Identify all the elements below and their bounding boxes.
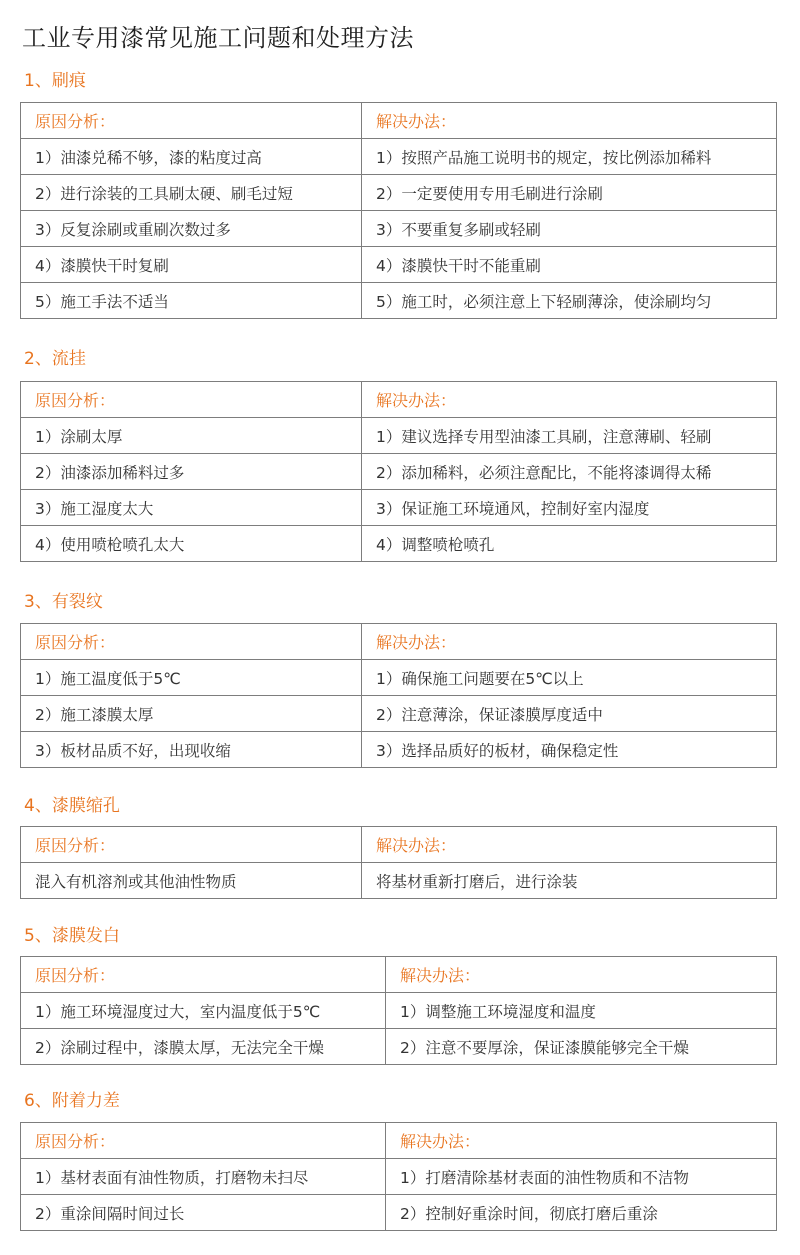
cause-cell: 2）油漆添加稀料过多	[21, 454, 362, 490]
solution-cell: 5）施工时，必须注意上下轻刷薄涂，使涂刷均匀	[362, 283, 777, 319]
table-row: 2）重涂间隔时间过长 2）控制好重涂时间，彻底打磨后重涂	[21, 1195, 777, 1231]
solution-cell: 3）保证施工环境通风，控制好室内湿度	[362, 490, 777, 526]
solution-cell: 3）选择品质好的板材，确保稳定性	[362, 732, 777, 768]
table-header-row: 原因分析： 解决办法：	[21, 827, 777, 863]
solution-header: 解决办法：	[362, 624, 777, 660]
solution-cell: 2）注意不要厚涂，保证漆膜能够完全干燥	[386, 1029, 777, 1065]
table-header-row: 原因分析： 解决办法：	[21, 957, 777, 993]
table-row: 5）施工手法不适当 5）施工时，必须注意上下轻刷薄涂，使涂刷均匀	[21, 283, 777, 319]
cause-cell: 3）反复涂刷或重刷次数过多	[21, 211, 362, 247]
solution-cell: 4）调整喷枪喷孔	[362, 526, 777, 562]
solution-header: 解决办法：	[362, 382, 777, 418]
table-row: 2）进行涂装的工具刷太硬、刷毛过短 2）一定要使用专用毛刷进行涂刷	[21, 175, 777, 211]
table-pinholes: 原因分析： 解决办法： 混入有机溶剂或其他油性物质 将基材重新打磨后，进行涂装	[20, 826, 777, 899]
cause-cell: 2）重涂间隔时间过长	[21, 1195, 386, 1231]
solution-cell: 2）一定要使用专用毛刷进行涂刷	[362, 175, 777, 211]
cause-header: 原因分析：	[21, 1123, 386, 1159]
section-title-blushing: 5、漆膜发白	[24, 921, 120, 946]
table-row: 3）施工湿度太大 3）保证施工环境通风，控制好室内湿度	[21, 490, 777, 526]
solution-cell: 1）调整施工环境湿度和温度	[386, 993, 777, 1029]
cause-header: 原因分析：	[21, 827, 362, 863]
solution-header: 解决办法：	[386, 1123, 777, 1159]
table-blushing: 原因分析： 解决办法： 1）施工环境湿度过大，室内温度低于5℃ 1）调整施工环境…	[20, 956, 777, 1065]
table-row: 4）使用喷枪喷孔太大 4）调整喷枪喷孔	[21, 526, 777, 562]
table-row: 1）施工环境湿度过大，室内温度低于5℃ 1）调整施工环境湿度和温度	[21, 993, 777, 1029]
cause-header: 原因分析：	[21, 382, 362, 418]
table-row: 1）施工温度低于5℃ 1）确保施工问题要在5℃以上	[21, 660, 777, 696]
solution-cell: 2）添加稀料，必须注意配比，不能将漆调得太稀	[362, 454, 777, 490]
cause-cell: 1）施工环境湿度过大，室内温度低于5℃	[21, 993, 386, 1029]
cause-cell: 3）施工湿度太大	[21, 490, 362, 526]
cause-cell: 4）使用喷枪喷孔太大	[21, 526, 362, 562]
table-row: 1）涂刷太厚 1）建议选择专用型油漆工具刷，注意薄刷、轻刷	[21, 418, 777, 454]
solution-cell: 2）注意薄涂，保证漆膜厚度适中	[362, 696, 777, 732]
cause-header: 原因分析：	[21, 957, 386, 993]
table-brush-marks: 原因分析： 解决办法： 1）油漆兑稀不够，漆的粘度过高 1）按照产品施工说明书的…	[20, 102, 777, 319]
cause-header: 原因分析：	[21, 103, 362, 139]
section-title-brush-marks: 1、刷痕	[24, 66, 86, 91]
table-row: 1）基材表面有油性物质，打磨物未扫尽 1）打磨清除基材表面的油性物质和不洁物	[21, 1159, 777, 1195]
solution-header: 解决办法：	[362, 827, 777, 863]
section-title-sagging: 2、流挂	[24, 344, 86, 369]
section-title-cracks: 3、有裂纹	[24, 587, 103, 612]
cause-cell: 2）涂刷过程中，漆膜太厚，无法完全干燥	[21, 1029, 386, 1065]
table-row: 2）油漆添加稀料过多 2）添加稀料，必须注意配比，不能将漆调得太稀	[21, 454, 777, 490]
cause-cell: 1）涂刷太厚	[21, 418, 362, 454]
table-sagging: 原因分析： 解决办法： 1）涂刷太厚 1）建议选择专用型油漆工具刷，注意薄刷、轻…	[20, 381, 777, 562]
cause-cell: 1）施工温度低于5℃	[21, 660, 362, 696]
table-row: 4）漆膜快干时复刷 4）漆膜快干时不能重刷	[21, 247, 777, 283]
solution-cell: 将基材重新打磨后，进行涂装	[362, 863, 777, 899]
table-header-row: 原因分析： 解决办法：	[21, 382, 777, 418]
table-row: 3）板材品质不好，出现收缩 3）选择品质好的板材，确保稳定性	[21, 732, 777, 768]
solution-cell: 1）建议选择专用型油漆工具刷，注意薄刷、轻刷	[362, 418, 777, 454]
table-row: 2）涂刷过程中，漆膜太厚，无法完全干燥 2）注意不要厚涂，保证漆膜能够完全干燥	[21, 1029, 777, 1065]
section-title-poor-adhesion: 6、附着力差	[24, 1086, 120, 1111]
section-title-pinholes: 4、漆膜缩孔	[24, 791, 120, 816]
cause-cell: 5）施工手法不适当	[21, 283, 362, 319]
solution-cell: 1）按照产品施工说明书的规定，按比例添加稀料	[362, 139, 777, 175]
solution-cell: 1）打磨清除基材表面的油性物质和不洁物	[386, 1159, 777, 1195]
solution-cell: 3）不要重复多刷或轻刷	[362, 211, 777, 247]
page-title: 工业专用漆常见施工问题和处理方法	[22, 18, 414, 53]
table-cracks: 原因分析： 解决办法： 1）施工温度低于5℃ 1）确保施工问题要在5℃以上 2）…	[20, 623, 777, 768]
table-row: 混入有机溶剂或其他油性物质 将基材重新打磨后，进行涂装	[21, 863, 777, 899]
table-header-row: 原因分析： 解决办法：	[21, 624, 777, 660]
table-header-row: 原因分析： 解决办法：	[21, 1123, 777, 1159]
table-row: 3）反复涂刷或重刷次数过多 3）不要重复多刷或轻刷	[21, 211, 777, 247]
cause-cell: 1）油漆兑稀不够，漆的粘度过高	[21, 139, 362, 175]
solution-header: 解决办法：	[362, 103, 777, 139]
cause-cell: 2）进行涂装的工具刷太硬、刷毛过短	[21, 175, 362, 211]
table-header-row: 原因分析： 解决办法：	[21, 103, 777, 139]
cause-cell: 1）基材表面有油性物质，打磨物未扫尽	[21, 1159, 386, 1195]
table-row: 1）油漆兑稀不够，漆的粘度过高 1）按照产品施工说明书的规定，按比例添加稀料	[21, 139, 777, 175]
cause-cell: 3）板材品质不好，出现收缩	[21, 732, 362, 768]
solution-cell: 2）控制好重涂时间，彻底打磨后重涂	[386, 1195, 777, 1231]
cause-header: 原因分析：	[21, 624, 362, 660]
solution-cell: 4）漆膜快干时不能重刷	[362, 247, 777, 283]
cause-cell: 2）施工漆膜太厚	[21, 696, 362, 732]
table-poor-adhesion: 原因分析： 解决办法： 1）基材表面有油性物质，打磨物未扫尽 1）打磨清除基材表…	[20, 1122, 777, 1231]
cause-cell: 4）漆膜快干时复刷	[21, 247, 362, 283]
solution-header: 解决办法：	[386, 957, 777, 993]
solution-cell: 1）确保施工问题要在5℃以上	[362, 660, 777, 696]
table-row: 2）施工漆膜太厚 2）注意薄涂，保证漆膜厚度适中	[21, 696, 777, 732]
cause-cell: 混入有机溶剂或其他油性物质	[21, 863, 362, 899]
